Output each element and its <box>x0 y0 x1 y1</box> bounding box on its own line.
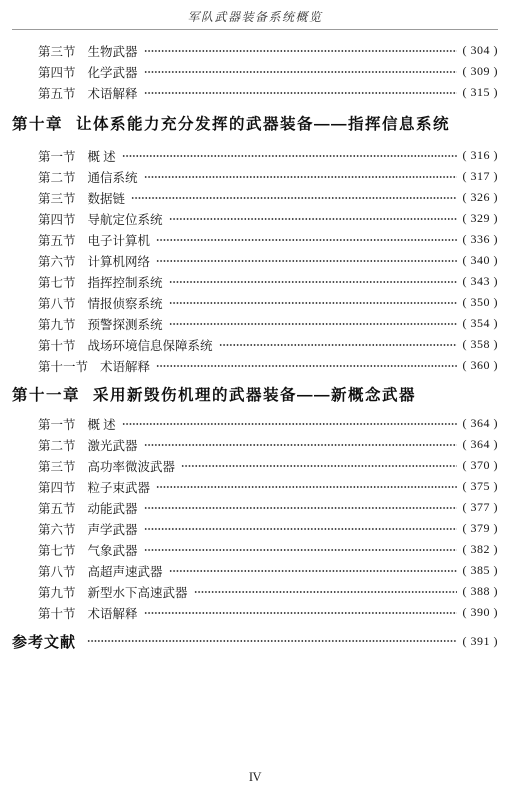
section-number: 第九节 <box>38 315 76 333</box>
page-ref: ( 364 ) <box>463 437 499 452</box>
section-number: 第八节 <box>38 562 76 580</box>
section-title: 战场环境信息保障系统 <box>88 336 213 354</box>
dot-leader <box>169 215 457 223</box>
folio-page-number: IV <box>0 770 510 785</box>
section-title: 声学武器 <box>88 520 138 538</box>
section-title: 概 述 <box>88 147 116 165</box>
section-number: 第二节 <box>38 436 76 454</box>
header-rule <box>12 29 498 30</box>
section-number: 第十节 <box>38 336 76 354</box>
toc-entry: 第一节 概 述 ( 364 ) <box>12 413 498 434</box>
section-title: 粒子束武器 <box>88 478 151 496</box>
section-title: 高超声速武器 <box>88 562 163 580</box>
section-title: 数据链 <box>88 189 126 207</box>
section-title: 概 述 <box>88 415 116 433</box>
page-ref: ( 350 ) <box>463 295 499 310</box>
section-number: 第一节 <box>38 147 76 165</box>
dot-leader <box>169 278 457 286</box>
section-title: 计算机网络 <box>88 252 151 270</box>
toc-entry: 第七节 指挥控制系统 ( 343 ) <box>12 271 498 292</box>
section-title: 化学武器 <box>88 63 138 81</box>
section-title: 导航定位系统 <box>88 210 163 228</box>
section-number: 第十一节 <box>38 357 88 375</box>
page-ref: ( 390 ) <box>463 605 499 620</box>
section-number: 第六节 <box>38 520 76 538</box>
toc-entry: 第八节 高超声速武器 ( 385 ) <box>12 560 498 581</box>
section-title: 通信系统 <box>88 168 138 186</box>
page-ref: ( 358 ) <box>463 337 499 352</box>
dot-leader <box>219 341 457 349</box>
section-title: 生物武器 <box>88 42 138 60</box>
toc-entry: 第三节 生物武器 ( 304 ) <box>12 40 498 61</box>
page-ref: ( 382 ) <box>463 542 499 557</box>
section-title: 术语解释 <box>88 604 138 622</box>
dot-leader <box>156 236 456 244</box>
toc-entry: 第六节 声学武器 ( 379 ) <box>12 518 498 539</box>
page-ref: ( 391 ) <box>463 634 499 649</box>
toc-entry: 第十节 术语解释 ( 390 ) <box>12 602 498 623</box>
page-ref: ( 317 ) <box>463 169 499 184</box>
page-ref: ( 304 ) <box>463 43 499 58</box>
dot-leader <box>131 194 456 202</box>
dot-leader <box>144 441 457 449</box>
dot-leader <box>156 483 456 491</box>
section-number: 第三节 <box>38 457 76 475</box>
section-number: 第五节 <box>38 499 76 517</box>
toc-entry: 第三节 数据链 ( 326 ) <box>12 187 498 208</box>
dot-leader <box>144 89 457 97</box>
dot-leader <box>144 546 457 554</box>
chapter-heading: 第十一章 采用新毁伤机理的武器装备——新概念武器 <box>12 383 498 405</box>
toc-entry: 第一节 概 述 ( 316 ) <box>12 145 498 166</box>
toc-entry: 第七节 气象武器 ( 382 ) <box>12 539 498 560</box>
chapter-heading: 第十章 让体系能力充分发挥的武器装备——指挥信息系统 <box>12 112 498 134</box>
page-ref: ( 309 ) <box>463 64 499 79</box>
page-ref: ( 375 ) <box>463 479 499 494</box>
running-header-title: 军队武器装备系统概览 <box>0 0 510 25</box>
dot-leader <box>144 609 457 617</box>
dot-leader <box>169 299 457 307</box>
page-ref: ( 316 ) <box>463 148 499 163</box>
toc-entry: 第九节 预警探测系统 ( 354 ) <box>12 313 498 334</box>
leading-sections-group: 第三节 生物武器 ( 304 ) 第四节 化学武器 ( 309 ) 第五节 术语… <box>12 40 498 103</box>
page-ref: ( 336 ) <box>463 232 499 247</box>
dot-leader <box>181 462 456 470</box>
section-number: 第十节 <box>38 604 76 622</box>
section-number: 第三节 <box>38 42 76 60</box>
toc-entry: 第二节 通信系统 ( 317 ) <box>12 166 498 187</box>
section-number: 第四节 <box>38 63 76 81</box>
section-number: 第一节 <box>38 415 76 433</box>
section-number: 第二节 <box>38 168 76 186</box>
dot-leader <box>144 68 457 76</box>
references-title: 参考文献 <box>12 631 76 652</box>
dot-leader <box>122 152 457 160</box>
toc-entry: 第十节 战场环境信息保障系统 ( 358 ) <box>12 334 498 355</box>
page-ref: ( 379 ) <box>463 521 499 536</box>
page-ref: ( 385 ) <box>463 563 499 578</box>
toc-entry: 第五节 电子计算机 ( 336 ) <box>12 229 498 250</box>
dot-leader <box>144 173 457 181</box>
page-ref: ( 329 ) <box>463 211 499 226</box>
page-ref: ( 326 ) <box>463 190 499 205</box>
page-ref: ( 388 ) <box>463 584 499 599</box>
section-number: 第九节 <box>38 583 76 601</box>
section-number: 第四节 <box>38 478 76 496</box>
page-ref: ( 364 ) <box>463 416 499 431</box>
toc-entry: 第四节 导航定位系统 ( 329 ) <box>12 208 498 229</box>
section-number: 第五节 <box>38 231 76 249</box>
section-title: 新型水下高速武器 <box>88 583 188 601</box>
page-ref: ( 343 ) <box>463 274 499 289</box>
toc-entry: 第六节 计算机网络 ( 340 ) <box>12 250 498 271</box>
section-title: 高功率微波武器 <box>88 457 176 475</box>
dot-leader <box>169 320 457 328</box>
section-title: 激光武器 <box>88 436 138 454</box>
section-number: 第七节 <box>38 541 76 559</box>
chapter-title: 让体系能力充分发挥的武器装备——指挥信息系统 <box>76 112 450 134</box>
page-ref: ( 377 ) <box>463 500 499 515</box>
section-number: 第五节 <box>38 84 76 102</box>
chapter-number: 第十章 <box>12 112 63 134</box>
toc-entry: 第四节 粒子束武器 ( 375 ) <box>12 476 498 497</box>
section-title: 动能武器 <box>88 499 138 517</box>
page-ref: ( 315 ) <box>463 85 499 100</box>
dot-leader <box>169 567 457 575</box>
toc-entry: 第四节 化学武器 ( 309 ) <box>12 61 498 82</box>
section-number: 第七节 <box>38 273 76 291</box>
page-ref: ( 360 ) <box>463 358 499 373</box>
toc-entry: 第九节 新型水下高速武器 ( 388 ) <box>12 581 498 602</box>
section-title: 术语解释 <box>100 357 150 375</box>
dot-leader <box>144 525 457 533</box>
section-number: 第三节 <box>38 189 76 207</box>
chapter-sections-group: 第一节 概 述 ( 364 ) 第二节 激光武器 ( 364 ) 第三节 高功率… <box>12 413 498 623</box>
toc-entry: 第五节 动能武器 ( 377 ) <box>12 497 498 518</box>
dot-leader <box>122 420 457 428</box>
page-ref: ( 354 ) <box>463 316 499 331</box>
section-title: 预警探测系统 <box>88 315 163 333</box>
section-title: 情报侦察系统 <box>88 294 163 312</box>
toc-entry: 第八节 情报侦察系统 ( 350 ) <box>12 292 498 313</box>
page-ref: ( 370 ) <box>463 458 499 473</box>
toc-entry: 第十一节 术语解释 ( 360 ) <box>12 355 498 376</box>
page-ref: ( 340 ) <box>463 253 499 268</box>
chapter-number: 第十一章 <box>12 383 80 405</box>
chapter-sections-group: 第一节 概 述 ( 316 ) 第二节 通信系统 ( 317 ) 第三节 数据链… <box>12 145 498 376</box>
section-number: 第六节 <box>38 252 76 270</box>
dot-leader <box>156 257 456 265</box>
section-number: 第八节 <box>38 294 76 312</box>
section-title: 气象武器 <box>88 541 138 559</box>
dot-leader <box>87 637 456 645</box>
table-of-contents: 第三节 生物武器 ( 304 ) 第四节 化学武器 ( 309 ) 第五节 术语… <box>0 40 510 652</box>
book-toc-page: 军队武器装备系统概览 第三节 生物武器 ( 304 ) 第四节 化学武器 ( 3… <box>0 0 510 800</box>
section-title: 电子计算机 <box>88 231 151 249</box>
references-entry: 参考文献 ( 391 ) <box>12 630 498 652</box>
section-title: 术语解释 <box>88 84 138 102</box>
section-number: 第四节 <box>38 210 76 228</box>
section-title: 指挥控制系统 <box>88 273 163 291</box>
dot-leader <box>156 362 456 370</box>
chapter-title: 采用新毁伤机理的武器装备——新概念武器 <box>93 383 416 405</box>
toc-entry: 第二节 激光武器 ( 364 ) <box>12 434 498 455</box>
toc-entry: 第三节 高功率微波武器 ( 370 ) <box>12 455 498 476</box>
toc-entry: 第五节 术语解释 ( 315 ) <box>12 82 498 103</box>
dot-leader <box>144 504 457 512</box>
dot-leader <box>194 588 457 596</box>
dot-leader <box>144 47 457 55</box>
